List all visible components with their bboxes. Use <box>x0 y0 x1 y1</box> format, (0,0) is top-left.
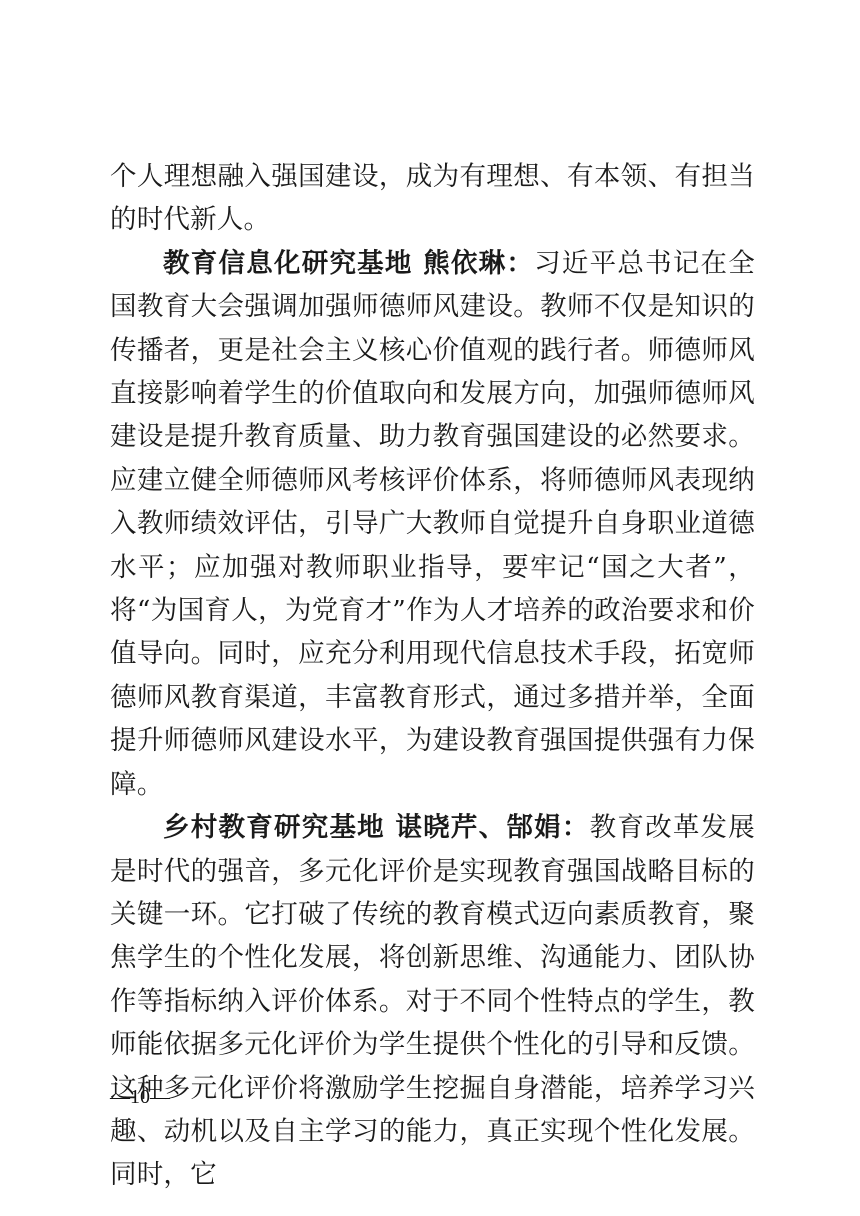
paragraph-speaker-heading: 乡村教育研究基地 谌晓芹、郜娟： <box>163 812 590 843</box>
paragraph-text: 习近平总书记在全国教育大会强调加强师德师风建设。教师不仅是知识的传播者，更是社会… <box>110 248 755 800</box>
paragraph-education-informatization: 教育信息化研究基地 熊依琳：习近平总书记在全国教育大会强调加强师德师风建设。教师… <box>110 242 755 806</box>
paragraph-text: 教育改革发展是时代的强音，多元化评价是实现教育强国战略目标的关键一环。它打破了传… <box>110 812 755 1190</box>
paragraph-continuation: 个人理想融入强国建设，成为有理想、有本领、有担当的时代新人。 <box>110 155 755 242</box>
paragraph-rural-education: 乡村教育研究基地 谌晓芹、郜娟：教育改革发展是时代的强音，多元化评价是实现教育强… <box>110 806 755 1197</box>
document-body: 个人理想融入强国建设，成为有理想、有本领、有担当的时代新人。 教育信息化研究基地… <box>110 155 755 1197</box>
paragraph-speaker-heading: 教育信息化研究基地 熊依琳： <box>163 248 534 279</box>
page-number: —10— <box>110 1086 170 1109</box>
paragraph-text: 个人理想融入强国建设，成为有理想、有本领、有担当的时代新人。 <box>110 161 755 235</box>
